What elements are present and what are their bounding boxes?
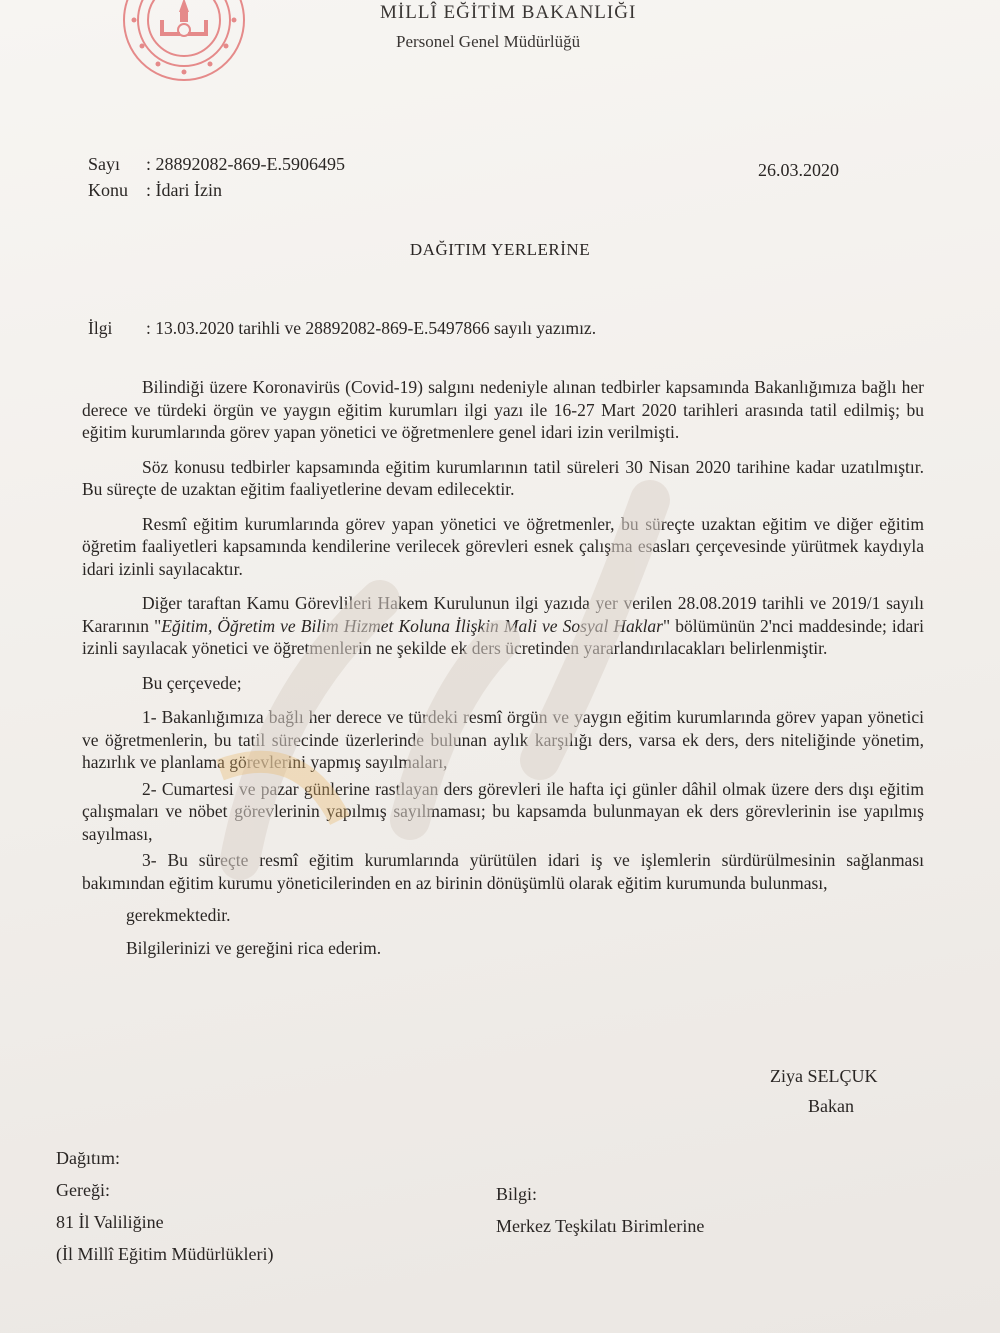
distribution-heading: Dağıtım: (56, 1142, 273, 1174)
paragraph-5: Bu çerçevede; (82, 672, 924, 695)
closing-line-2: Bilgilerinizi ve gereğini rica ederim. (82, 937, 924, 960)
bilgi-line-1: Merkez Teşkilatı Birimlerine (496, 1210, 704, 1242)
paragraph-4: Diğer taraftan Kamu Görevlileri Hakem Ku… (82, 592, 924, 660)
ministry-name: MİLLÎ EĞİTİM BAKANLIĞI (380, 2, 636, 24)
gerekli-label: Gereği: (56, 1174, 273, 1206)
ministry-emblem-icon (122, 0, 246, 82)
list-item-2: 2- Cumartesi ve pazar günlerine rastlaya… (82, 778, 924, 846)
ilgi-line: İlgi: 13.03.2020 tarihli ve 28892082-869… (88, 318, 596, 339)
paragraph-1: Bilindiği üzere Koronavirüs (Covid-19) s… (82, 376, 924, 444)
konu-line: Konu: İdari İzin (88, 180, 222, 201)
signatory-name: Ziya SELÇUK (770, 1066, 878, 1087)
department-name: Personel Genel Müdürlüğü (396, 32, 580, 52)
signatory-title: Bakan (808, 1096, 854, 1117)
paragraph-3: Resmî eğitim kurumlarında görev yapan yö… (82, 513, 924, 581)
bilgi-label: Bilgi: (496, 1178, 704, 1210)
document-date: 26.03.2020 (758, 160, 839, 181)
distribution-gerekli: Dağıtım: Gereği: 81 İl Valiliğine (İl Mi… (56, 1142, 273, 1270)
sayi-label: Sayı (88, 154, 146, 175)
letter-body: Bilindiği üzere Koronavirüs (Covid-19) s… (82, 376, 924, 971)
sayi-value: : 28892082-869-E.5906495 (146, 154, 345, 174)
ilgi-value: : 13.03.2020 tarihli ve 28892082-869-E.5… (146, 318, 596, 338)
list-item-3: 3- Bu süreçte resmî eğitim kurumlarında … (82, 849, 924, 894)
closing-line-1: gerekmektedir. (82, 904, 924, 927)
document-title: DAĞITIM YERLERİNE (0, 240, 1000, 260)
konu-label: Konu (88, 180, 146, 201)
gerekli-line-2: (İl Millî Eğitim Müdürlükleri) (56, 1238, 273, 1270)
decision-section-title: Eğitim, Öğretim ve Bilim Hizmet Koluna İ… (161, 616, 663, 636)
sayi-line: Sayı: 28892082-869-E.5906495 (88, 154, 345, 175)
gerekli-line-1: 81 İl Valiliğine (56, 1206, 273, 1238)
konu-value: : İdari İzin (146, 180, 222, 200)
distribution-bilgi: Bilgi: Merkez Teşkilatı Birimlerine (496, 1178, 704, 1242)
ilgi-label: İlgi (88, 318, 146, 339)
list-item-1: 1- Bakanlığımıza bağlı her derece ve tür… (82, 706, 924, 774)
paragraph-2: Söz konusu tedbirler kapsamında eğitim k… (82, 456, 924, 501)
